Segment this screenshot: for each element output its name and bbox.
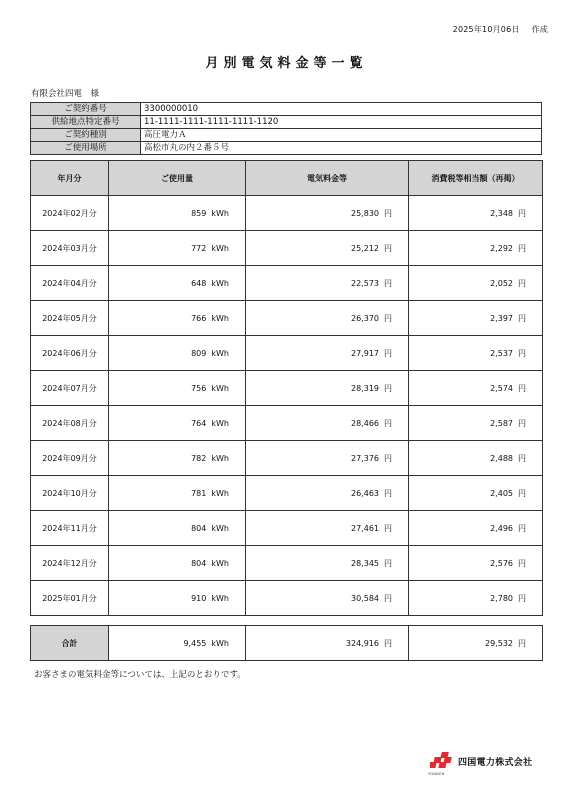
month-cell: 2024年11月分	[31, 511, 109, 546]
tax-cell: 2,348円	[409, 196, 543, 231]
total-tax: 29,532円	[409, 626, 543, 661]
contract-info-row: ご契約番号3300000010	[31, 103, 542, 116]
usage-cell: 910kWh	[109, 581, 246, 616]
table-row: 2025年01月分910kWh30,584円2,780円	[31, 581, 543, 616]
month-cell: 2024年03月分	[31, 231, 109, 266]
table-row: 2024年10月分781kWh26,463円2,405円	[31, 476, 543, 511]
company-logo: YONDEN 四国電力株式会社	[428, 751, 548, 781]
contract-info-value: 11-1111-1111-1111-1111-1120	[141, 116, 542, 129]
charge-cell: 28,319円	[246, 371, 409, 406]
usage-cell: 756kWh	[109, 371, 246, 406]
total-charge: 324,916円	[246, 626, 409, 661]
contract-info-value: 3300000010	[141, 103, 542, 116]
tax-cell: 2,576円	[409, 546, 543, 581]
tax-cell: 2,587円	[409, 406, 543, 441]
tax-cell: 2,052円	[409, 266, 543, 301]
table-row: 2024年08月分764kWh28,466円2,587円	[31, 406, 543, 441]
month-cell: 2024年08月分	[31, 406, 109, 441]
table-row: 2024年12月分804kWh28,345円2,576円	[31, 546, 543, 581]
tax-cell: 2,496円	[409, 511, 543, 546]
usage-cell: 782kWh	[109, 441, 246, 476]
created-label: 作成	[532, 25, 548, 34]
contract-info-table: ご契約番号3300000010供給地点特定番号11-1111-1111-1111…	[30, 102, 542, 155]
created-date: 2025年10月06日作成	[453, 24, 548, 35]
tax-cell: 2,405円	[409, 476, 543, 511]
table-row: 2024年06月分809kWh27,917円2,537円	[31, 336, 543, 371]
usage-cell: 766kWh	[109, 301, 246, 336]
charge-cell: 28,345円	[246, 546, 409, 581]
month-cell: 2024年04月分	[31, 266, 109, 301]
month-cell: 2025年01月分	[31, 581, 109, 616]
column-header-month: 年月分	[31, 161, 109, 196]
charge-cell: 30,584円	[246, 581, 409, 616]
contract-info-value: 高圧電力Ａ	[141, 129, 542, 142]
charge-cell: 27,461円	[246, 511, 409, 546]
charge-cell: 27,917円	[246, 336, 409, 371]
monthly-charges-table: 年月分 ご使用量 電気料金等 消費税等相当額（再掲） 2024年02月分859k…	[30, 160, 543, 616]
page-title: 月別電気料金等一覧	[0, 52, 573, 71]
charge-cell: 22,573円	[246, 266, 409, 301]
total-table: 合計 9,455kWh 324,916円 29,532円	[30, 625, 543, 661]
contract-info-row: ご使用場所高松市丸の内２番５号	[31, 142, 542, 155]
total-label: 合計	[31, 626, 109, 661]
month-cell: 2024年05月分	[31, 301, 109, 336]
month-cell: 2024年10月分	[31, 476, 109, 511]
charge-cell: 26,370円	[246, 301, 409, 336]
charge-cell: 25,830円	[246, 196, 409, 231]
charge-cell: 27,376円	[246, 441, 409, 476]
usage-cell: 804kWh	[109, 511, 246, 546]
tax-cell: 2,292円	[409, 231, 543, 266]
charge-cell: 28,466円	[246, 406, 409, 441]
usage-cell: 772kWh	[109, 231, 246, 266]
tax-cell: 2,780円	[409, 581, 543, 616]
table-row: 2024年05月分766kWh26,370円2,397円	[31, 301, 543, 336]
company-name: 四国電力株式会社	[458, 755, 532, 768]
yonden-logo-icon	[430, 751, 454, 773]
column-header-tax: 消費税等相当額（再掲）	[409, 161, 543, 196]
table-row: 2024年03月分772kWh25,212円2,292円	[31, 231, 543, 266]
contract-info-row: 供給地点特定番号11-1111-1111-1111-1111-1120	[31, 116, 542, 129]
contract-info-label: 供給地点特定番号	[31, 116, 141, 129]
column-header-charge: 電気料金等	[246, 161, 409, 196]
charge-cell: 25,212円	[246, 231, 409, 266]
month-cell: 2024年12月分	[31, 546, 109, 581]
month-cell: 2024年07月分	[31, 371, 109, 406]
usage-cell: 809kWh	[109, 336, 246, 371]
total-row: 合計 9,455kWh 324,916円 29,532円	[31, 626, 543, 661]
tax-cell: 2,488円	[409, 441, 543, 476]
table-row: 2024年02月分859kWh25,830円2,348円	[31, 196, 543, 231]
column-header-usage: ご使用量	[109, 161, 246, 196]
month-cell: 2024年06月分	[31, 336, 109, 371]
created-date-value: 2025年10月06日	[453, 25, 520, 34]
usage-cell: 781kWh	[109, 476, 246, 511]
tax-cell: 2,397円	[409, 301, 543, 336]
table-row: 2024年09月分782kWh27,376円2,488円	[31, 441, 543, 476]
logo-caption: YONDEN	[428, 772, 445, 776]
contract-info-label: ご契約番号	[31, 103, 141, 116]
tax-cell: 2,537円	[409, 336, 543, 371]
usage-cell: 859kWh	[109, 196, 246, 231]
table-row: 2024年07月分756kWh28,319円2,574円	[31, 371, 543, 406]
month-cell: 2024年09月分	[31, 441, 109, 476]
contract-info-row: ご契約種別高圧電力Ａ	[31, 129, 542, 142]
usage-cell: 648kWh	[109, 266, 246, 301]
charge-cell: 26,463円	[246, 476, 409, 511]
table-row: 2024年04月分648kWh22,573円2,052円	[31, 266, 543, 301]
contract-info-label: ご契約種別	[31, 129, 141, 142]
customer-name: 有限会社四電 様	[31, 87, 99, 99]
total-usage: 9,455kWh	[109, 626, 246, 661]
usage-cell: 764kWh	[109, 406, 246, 441]
month-cell: 2024年02月分	[31, 196, 109, 231]
contract-info-label: ご使用場所	[31, 142, 141, 155]
contract-info-value: 高松市丸の内２番５号	[141, 142, 542, 155]
tax-cell: 2,574円	[409, 371, 543, 406]
table-header-row: 年月分 ご使用量 電気料金等 消費税等相当額（再掲）	[31, 161, 543, 196]
footer-note: お客さまの電気料金等については、上記のとおりです。	[34, 668, 246, 680]
usage-cell: 804kWh	[109, 546, 246, 581]
table-row: 2024年11月分804kWh27,461円2,496円	[31, 511, 543, 546]
